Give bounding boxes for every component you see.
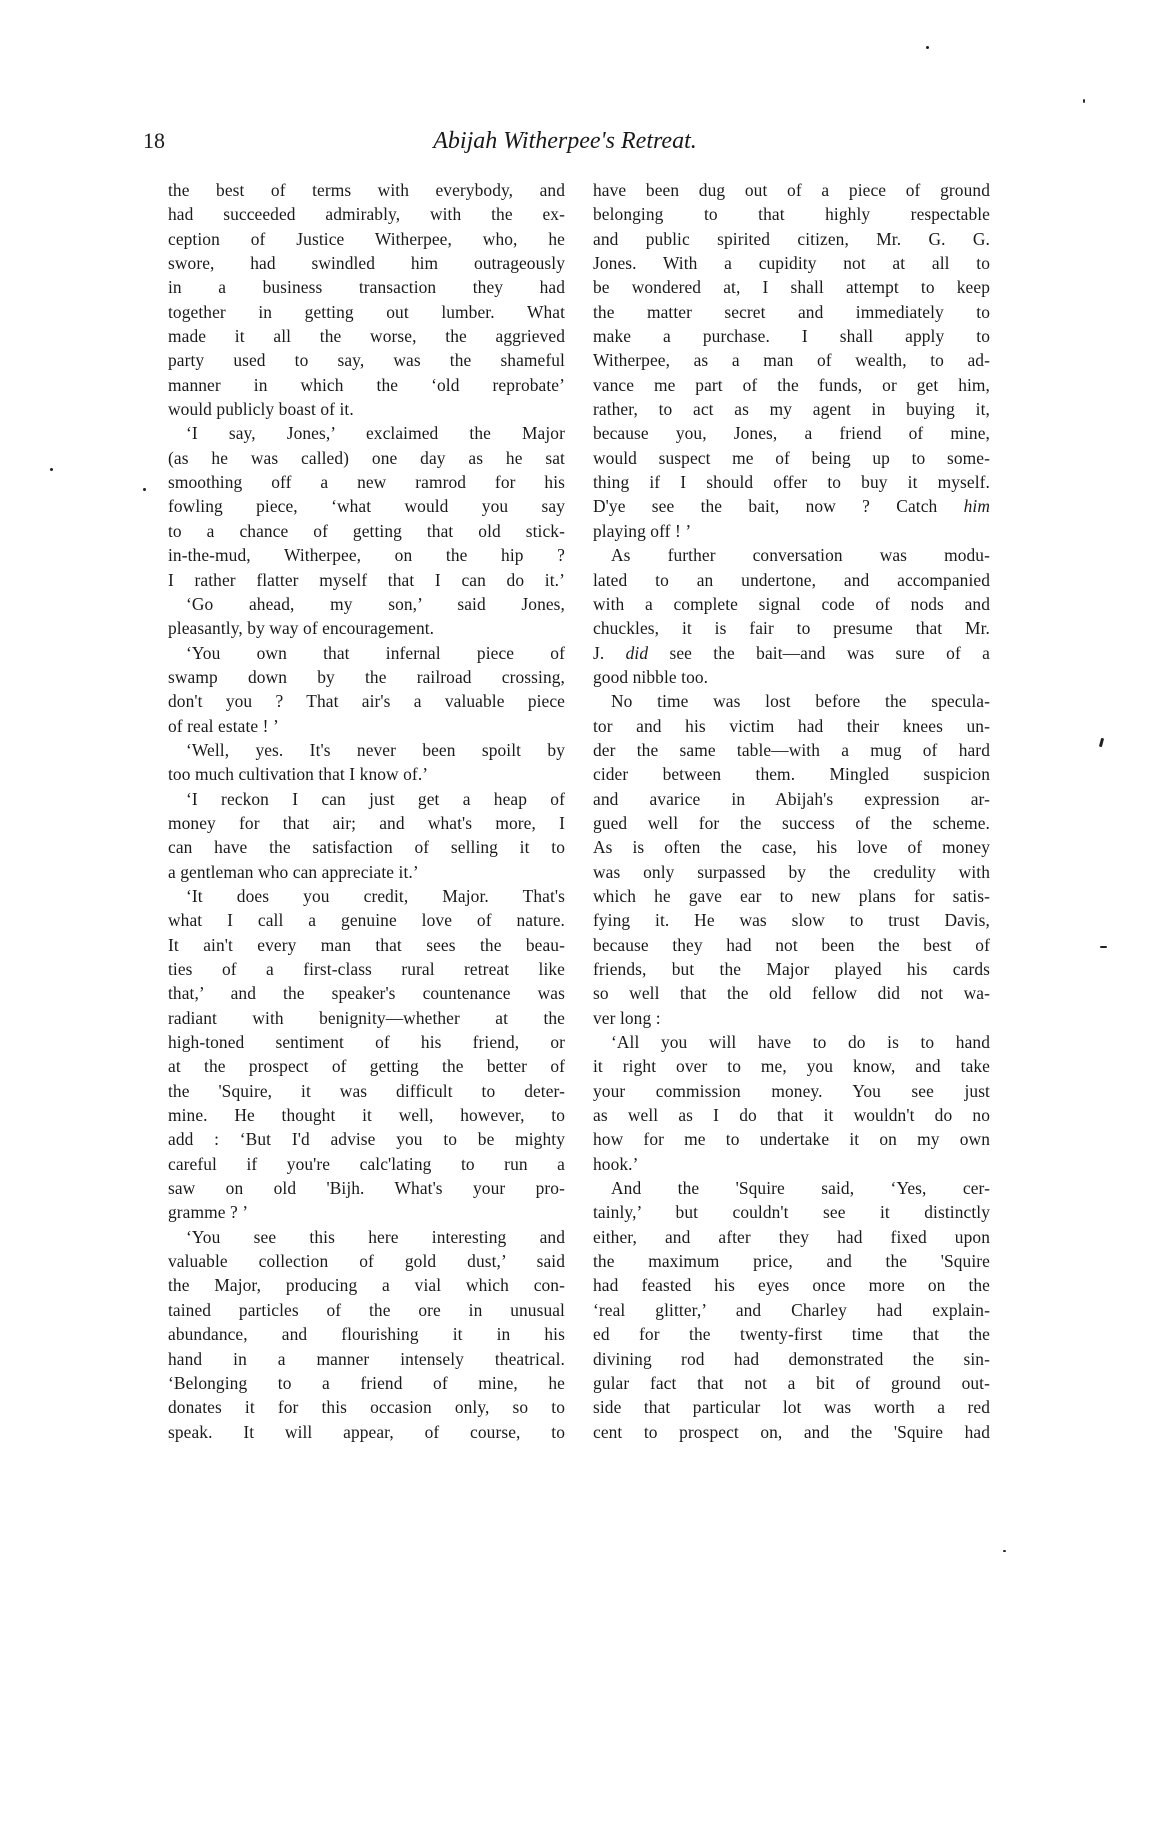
text-line: tained particles of the ore in unusual	[168, 1298, 565, 1322]
text-line: money for that air; and what's more, I	[168, 811, 565, 835]
text-line: radiant with benignity—whether at the	[168, 1006, 565, 1030]
text-line: it right over to me, you know, and take	[593, 1054, 990, 1078]
text-line: of real estate ! ’	[168, 714, 565, 738]
text-line: had feasted his eyes once more on the	[593, 1273, 990, 1297]
text-line: saw on old 'Bijh. What's your pro-	[168, 1176, 565, 1200]
text-line: don't you ? That air's a valuable piece	[168, 689, 565, 713]
text-line: cent to prospect on, and the 'Squire had	[593, 1420, 990, 1444]
text-line: abundance, and flourishing it in his	[168, 1322, 565, 1346]
text-line: fying it. He was slow to trust Davis,	[593, 908, 990, 932]
text-line: smoothing off a new ramrod for his	[168, 470, 565, 494]
text-line: mine. He thought it well, however, to	[168, 1103, 565, 1127]
text-line: gular fact that not a bit of ground out-	[593, 1371, 990, 1395]
text-line: der the same table—with a mug of hard	[593, 738, 990, 762]
text-line: the Major, producing a vial which con-	[168, 1273, 565, 1297]
text-line: ed for the twenty-first time that the	[593, 1322, 990, 1346]
text-line: pleasantly, by way of encouragement.	[168, 616, 565, 640]
text-line: ‘Go ahead, my son,’ said Jones,	[168, 592, 565, 616]
text-line: because you, Jones, a friend of mine,	[593, 421, 990, 445]
text-line: As further conversation was modu-	[593, 543, 990, 567]
text-line: thing if I should offer to buy it myself…	[593, 470, 990, 494]
text-line: tainly,’ but couldn't see it distinctly	[593, 1200, 990, 1224]
text-line: make a purchase. I shall apply to	[593, 324, 990, 348]
text-line: be wondered at, I shall attempt to keep	[593, 275, 990, 299]
text-line: ‘I say, Jones,’ exclaimed the Major	[168, 421, 565, 445]
text-line: J. did see the bait—and was sure of a	[593, 641, 990, 665]
text-line: D'ye see the bait, now ? Catch him	[593, 494, 990, 518]
text-line: rather, to act as my agent in buying it,	[593, 397, 990, 421]
text-line: the 'Squire, it was difficult to deter-	[168, 1079, 565, 1103]
text-line: in a business transaction they had	[168, 275, 565, 299]
text-line: cider between them. Mingled suspicion	[593, 762, 990, 786]
text-line: ‘Well, yes. It's never been spoilt by	[168, 738, 565, 762]
text-line: ‘It does you credit, Major. That's	[168, 884, 565, 908]
text-line: the matter secret and immediately to	[593, 300, 990, 324]
text-line: and public spirited citizen, Mr. G. G.	[593, 227, 990, 251]
text-line: good nibble too.	[593, 665, 990, 689]
text-line: No time was lost before the specula-	[593, 689, 990, 713]
text-line: And the 'Squire said, ‘Yes, cer-	[593, 1176, 990, 1200]
text-line: Jones. With a cupidity not at all to	[593, 251, 990, 275]
text-line: and avarice in Abijah's expression ar-	[593, 787, 990, 811]
text-line: ‘All you will have to do is to hand	[593, 1030, 990, 1054]
text-line: gramme ? ’	[168, 1200, 565, 1224]
text-line: ‘Belonging to a friend of mine, he	[168, 1371, 565, 1395]
text-line: made it all the worse, the aggrieved	[168, 324, 565, 348]
text-line: swore, had swindled him outrageously	[168, 251, 565, 275]
text-line: careful if you're calc'lating to run a	[168, 1152, 565, 1176]
text-line: ver long :	[593, 1006, 990, 1030]
scan-speck	[1083, 99, 1085, 103]
text-line: fowling piece, ‘what would you say	[168, 494, 565, 518]
text-line: Witherpee, as a man of wealth, to ad-	[593, 348, 990, 372]
text-line: at the prospect of getting the better of	[168, 1054, 565, 1078]
scan-speck	[143, 488, 146, 491]
text-line: add : ‘But I'd advise you to be mighty	[168, 1127, 565, 1151]
text-line: playing off ! ’	[593, 519, 990, 543]
text-line: what I call a genuine love of nature.	[168, 908, 565, 932]
text-line: would suspect me of being up to some-	[593, 446, 990, 470]
text-line: was only surpassed by the credulity with	[593, 860, 990, 884]
text-line: divining rod had demonstrated the sin-	[593, 1347, 990, 1371]
text-line: the best of terms with everybody, and	[168, 178, 565, 202]
text-line: with a complete signal code of nods and	[593, 592, 990, 616]
text-line: your commission money. You see just	[593, 1079, 990, 1103]
text-line: had succeeded admirably, with the ex-	[168, 202, 565, 226]
text-line: swamp down by the railroad crossing,	[168, 665, 565, 689]
scan-speck	[926, 46, 929, 49]
running-title: Abijah Witherpee's Retreat.	[140, 128, 990, 155]
text-line: tor and his victim had their knees un-	[593, 714, 990, 738]
text-line: can have the satisfaction of selling it …	[168, 835, 565, 859]
text-line: too much cultivation that I know of.’	[168, 762, 565, 786]
text-line: ‘real glitter,’ and Charley had explain-	[593, 1298, 990, 1322]
text-line: which he gave ear to new plans for satis…	[593, 884, 990, 908]
left-text-column: the best of terms with everybody, andhad…	[168, 178, 565, 1444]
text-line: chuckles, it is fair to presume that Mr.	[593, 616, 990, 640]
text-line: As is often the case, his love of money	[593, 835, 990, 859]
text-line: manner in which the ‘old reprobate’	[168, 373, 565, 397]
text-line: would publicly boast of it.	[168, 397, 565, 421]
scan-speck	[1100, 946, 1107, 948]
scan-speck	[50, 468, 53, 471]
book-page: 18 Abijah Witherpee's Retreat. the best …	[0, 0, 1152, 1825]
text-line: gued well for the success of the scheme.	[593, 811, 990, 835]
page-header: 18 Abijah Witherpee's Retreat.	[140, 128, 990, 162]
text-line: a gentleman who can appreciate it.’	[168, 860, 565, 884]
text-line: because they had not been the best of	[593, 933, 990, 957]
text-line: party used to say, was the shameful	[168, 348, 565, 372]
scan-speck	[1003, 1550, 1006, 1552]
right-text-column: have been dug out of a piece of groundbe…	[593, 178, 990, 1444]
text-line: either, and after they had fixed upon	[593, 1225, 990, 1249]
text-line: ception of Justice Witherpee, who, he	[168, 227, 565, 251]
scan-speck	[1099, 738, 1104, 747]
text-line: belonging to that highly respectable	[593, 202, 990, 226]
text-line: vance me part of the funds, or get him,	[593, 373, 990, 397]
text-line: to a chance of getting that old stick-	[168, 519, 565, 543]
text-line: hand in a manner intensely theatrical.	[168, 1347, 565, 1371]
text-line: hook.’	[593, 1152, 990, 1176]
text-line: It ain't every man that sees the beau-	[168, 933, 565, 957]
text-line: together in getting out lumber. What	[168, 300, 565, 324]
text-line: how for me to undertake it on my own	[593, 1127, 990, 1151]
text-line: in-the-mud, Witherpee, on the hip ?	[168, 543, 565, 567]
text-line: I rather flatter myself that I can do it…	[168, 568, 565, 592]
text-line: valuable collection of gold dust,’ said	[168, 1249, 565, 1273]
text-line: friends, but the Major played his cards	[593, 957, 990, 981]
text-line: speak. It will appear, of course, to	[168, 1420, 565, 1444]
text-line: high-toned sentiment of his friend, or	[168, 1030, 565, 1054]
text-line: the maximum price, and the 'Squire	[593, 1249, 990, 1273]
text-line: side that particular lot was worth a red	[593, 1395, 990, 1419]
text-line: lated to an undertone, and accompanied	[593, 568, 990, 592]
text-line: (as he was called) one day as he sat	[168, 446, 565, 470]
text-line: donates it for this occasion only, so to	[168, 1395, 565, 1419]
text-line: ‘You see this here interesting and	[168, 1225, 565, 1249]
text-line: have been dug out of a piece of ground	[593, 178, 990, 202]
text-line: that,’ and the speaker's countenance was	[168, 981, 565, 1005]
text-line: ‘You own that infernal piece of	[168, 641, 565, 665]
text-line: so well that the old fellow did not wa-	[593, 981, 990, 1005]
text-line: ties of a first-class rural retreat like	[168, 957, 565, 981]
text-line: as well as I do that it wouldn't do no	[593, 1103, 990, 1127]
text-line: ‘I reckon I can just get a heap of	[168, 787, 565, 811]
